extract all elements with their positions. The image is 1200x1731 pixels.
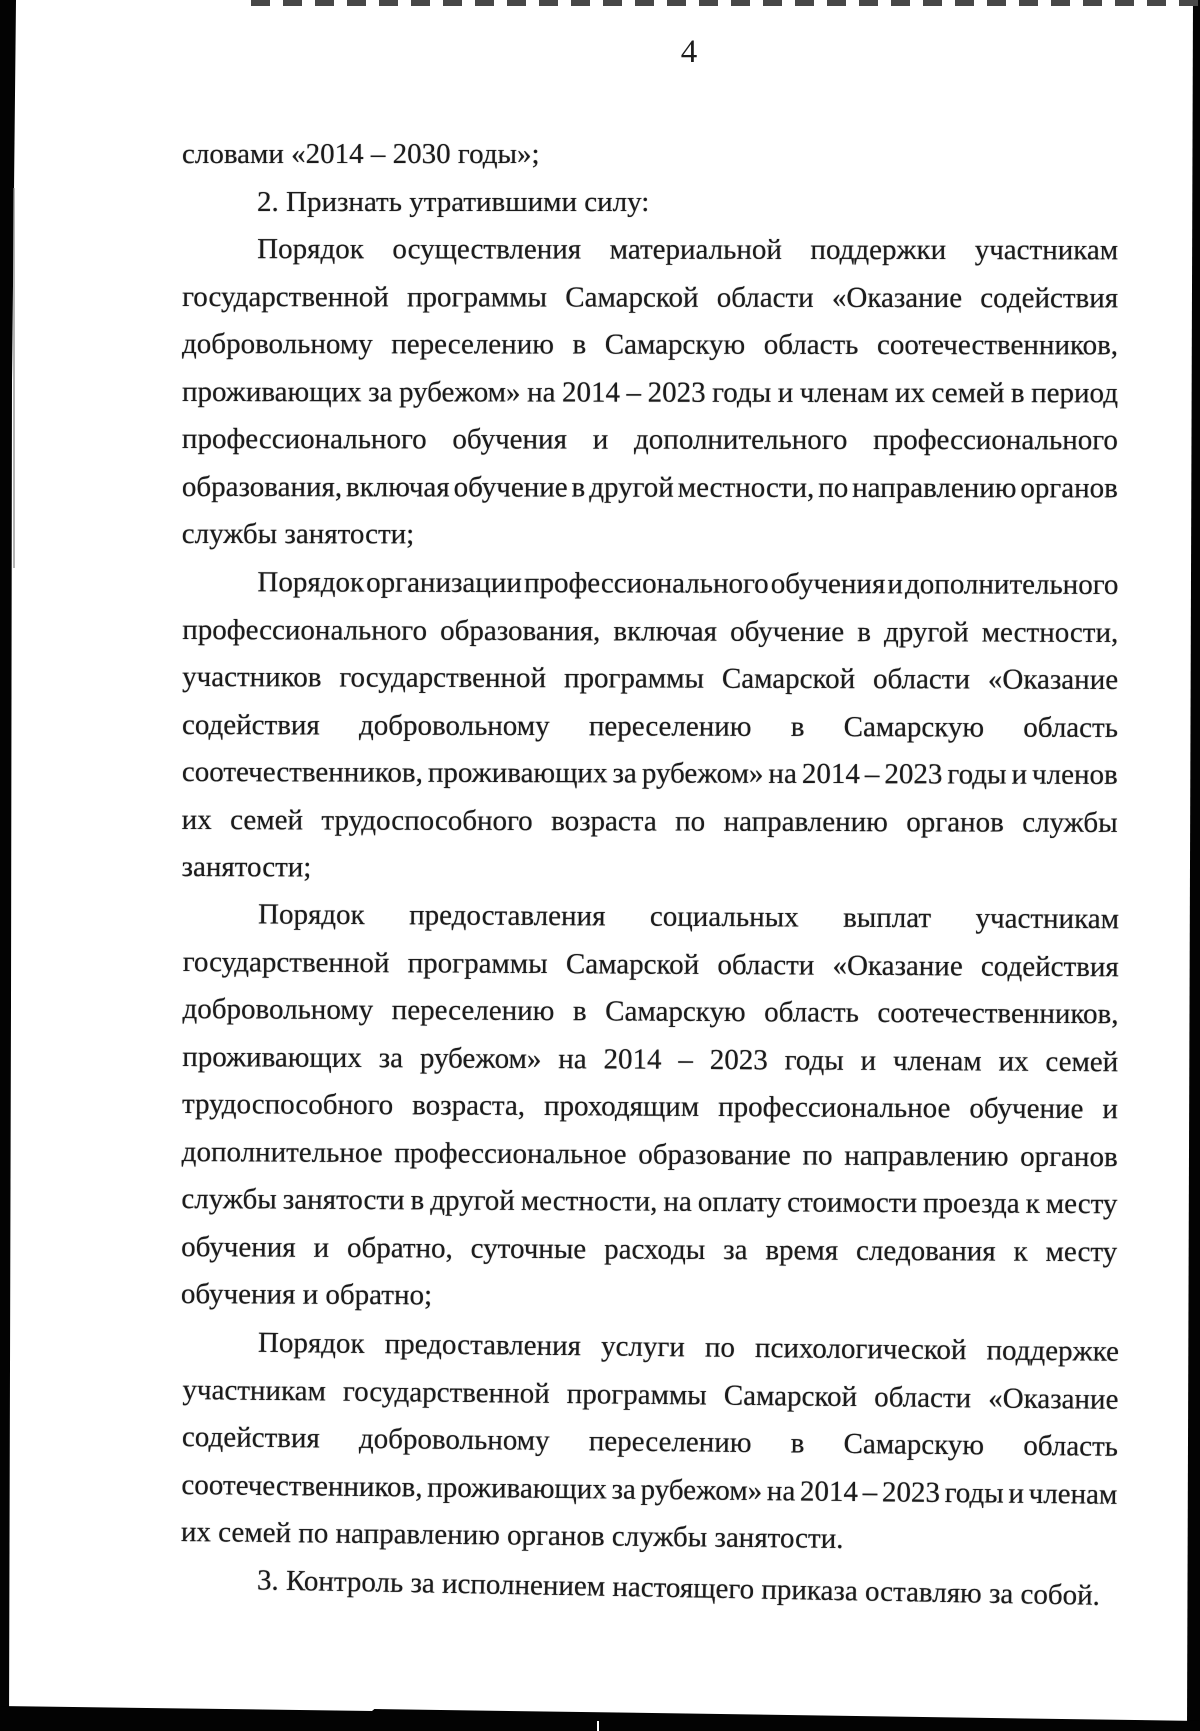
text-line: словами «2014 – 2030 годы»;: [182, 131, 1118, 179]
text-line: занятости;: [181, 843, 1117, 893]
paragraph: словами «2014 – 2030 годы»;: [182, 131, 1118, 179]
scan-bar-bottom-artifact: [0, 1700, 1200, 1731]
paragraph: Порядокпредоставленияуслугипопсихологиче…: [181, 1319, 1119, 1566]
paragraph: Порядокпредоставлениясоциальныхвыплатуча…: [181, 891, 1119, 1324]
text-line: содействиядобровольномупереселениювСамар…: [182, 701, 1118, 751]
text-line: трудоспособноговозраста,проходящимпрофес…: [182, 1081, 1118, 1134]
text-line: участниковгосударственнойпрограммыСамарс…: [182, 654, 1118, 704]
text-line: соотечественников,проживающихзарубежом»н…: [182, 748, 1118, 798]
text-line: государственнойпрограммыСамарскойобласти…: [182, 274, 1118, 323]
text-line: службы занятости;: [182, 511, 1118, 560]
text-line: добровольномупереселениювСамарскуюобласт…: [182, 321, 1118, 370]
text-line: добровольномупереселениювСамарскуюобласт…: [182, 986, 1118, 1039]
paragraph: 3. Контроль за исполнением настоящего пр…: [182, 1556, 1119, 1621]
text-line: профессиональногообразования,включаяобуч…: [182, 606, 1118, 656]
text-line: профессиональногообученияидополнительног…: [182, 416, 1118, 465]
paragraph: Порядокорганизациипрофессиональногообуче…: [181, 559, 1118, 894]
text-line: участникамгосударственнойпрограммыСамарс…: [182, 1366, 1118, 1423]
scan-smudge-left: [13, 188, 15, 568]
text-line: Порядокорганизациипрофессиональногообуче…: [182, 559, 1118, 609]
paragraph: Порядокосуществленияматериальнойподдержк…: [182, 226, 1118, 560]
text-line: проживающихзарубежом»на2014–2023годыичле…: [182, 369, 1118, 418]
document-page: 4 словами «2014 – 2030 годы»;2. Признать…: [0, 0, 1200, 1731]
text-line: службызанятостивдругойместности,наоплату…: [181, 1176, 1117, 1229]
paragraph: 2. Признать утратившими силу:: [182, 179, 1118, 227]
scan-edge-right-artifact: [1186, 0, 1200, 1731]
text-line: ихсемейтрудоспособноговозрастапонаправле…: [182, 796, 1118, 846]
text-line: обученияиобратно,суточныерасходызавремяс…: [181, 1223, 1117, 1276]
text-line: Порядокпредоставлениясоциальныхвыплатуча…: [183, 891, 1119, 944]
text-line: Порядокосуществленияматериальнойподдержк…: [182, 226, 1118, 275]
text-line: государственнойпрограммыСамарскойобласти…: [183, 939, 1119, 992]
text-line: 2. Признать утратившими силу:: [182, 179, 1118, 227]
text-line: дополнительноепрофессиональноеобразовани…: [182, 1128, 1118, 1181]
text-line: обучения и обратно;: [181, 1271, 1117, 1324]
text-line: образования,включаяобучениевдругойместно…: [182, 463, 1118, 512]
text-line: 3. Контроль за исполнением настоящего пр…: [182, 1556, 1119, 1621]
scan-dashed-top-artifact: [251, 0, 1200, 6]
text-line: проживающихзарубежом»на2014–2023годыичле…: [182, 1034, 1118, 1087]
scan-bar-notch: [597, 1721, 599, 1731]
text-block: словами «2014 – 2030 годы»;2. Признать у…: [182, 131, 1118, 1604]
page-number: 4: [672, 34, 706, 71]
